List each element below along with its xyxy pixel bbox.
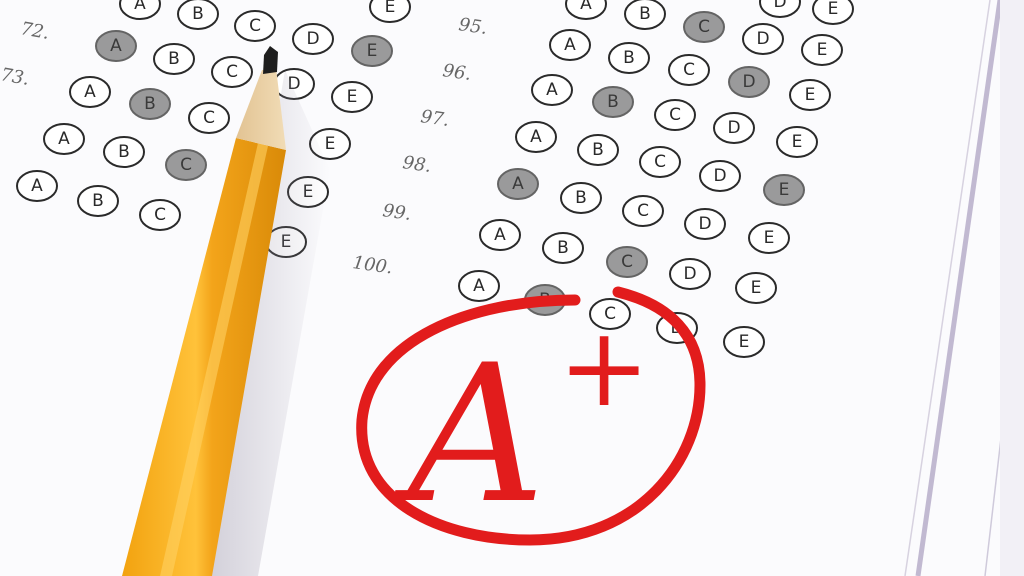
svg-text:C: C	[180, 155, 192, 175]
svg-text:A: A	[84, 82, 96, 102]
svg-text:C: C	[654, 152, 666, 172]
grade-letter: A	[393, 324, 545, 545]
question-number-95: 95.	[457, 14, 488, 39]
svg-text:D: D	[683, 264, 696, 284]
svg-text:D: D	[306, 29, 319, 49]
svg-text:B: B	[557, 238, 569, 258]
svg-text:E: E	[817, 40, 828, 60]
svg-text:B: B	[639, 4, 651, 24]
svg-text:C: C	[698, 17, 710, 37]
svg-text:C: C	[154, 205, 166, 225]
svg-text:A: A	[31, 176, 43, 196]
question-number-98: 98.	[401, 152, 432, 177]
svg-text:C: C	[637, 201, 649, 221]
svg-text:E: E	[792, 132, 803, 152]
grade-modifier: +	[558, 303, 650, 431]
svg-text:D: D	[713, 166, 726, 186]
svg-text:B: B	[144, 94, 156, 114]
svg-text:D: D	[727, 118, 740, 138]
svg-text:B: B	[607, 92, 619, 112]
svg-text:A: A	[494, 225, 506, 245]
question-number-97: 97.	[419, 106, 450, 131]
svg-text:A: A	[473, 276, 485, 296]
svg-text:C: C	[203, 108, 215, 128]
svg-text:E: E	[751, 278, 762, 298]
svg-text:D: D	[742, 72, 755, 92]
question-number-96: 96.	[441, 60, 472, 85]
svg-text:E: E	[805, 85, 816, 105]
svg-text:B: B	[92, 191, 104, 211]
svg-text:E: E	[779, 180, 790, 200]
svg-text:A: A	[580, 0, 592, 14]
svg-text:A: A	[110, 36, 122, 56]
svg-text:E: E	[367, 41, 378, 61]
question-number-99: 99.	[381, 200, 412, 225]
svg-text:B: B	[623, 48, 635, 68]
svg-text:C: C	[621, 252, 633, 272]
svg-text:A: A	[530, 127, 542, 147]
svg-text:D: D	[773, 0, 786, 12]
answer-sheet-photo: 72. 73. 95. 96. 97. 98. 99. 100. A B C E…	[0, 0, 1024, 576]
svg-text:D: D	[698, 214, 711, 234]
svg-text:A: A	[546, 80, 558, 100]
svg-text:A: A	[58, 129, 70, 149]
svg-text:B: B	[118, 142, 130, 162]
svg-text:A: A	[512, 174, 524, 194]
svg-text:C: C	[683, 60, 695, 80]
svg-text:E: E	[385, 0, 396, 17]
svg-text:E: E	[325, 134, 336, 154]
svg-text:B: B	[592, 140, 604, 160]
svg-text:C: C	[249, 16, 261, 36]
svg-text:E: E	[764, 228, 775, 248]
svg-text:D: D	[756, 29, 769, 49]
svg-text:E: E	[739, 332, 750, 352]
svg-text:B: B	[575, 188, 587, 208]
svg-text:E: E	[347, 87, 358, 107]
svg-text:E: E	[828, 0, 839, 19]
svg-text:C: C	[669, 105, 681, 125]
svg-text:B: B	[192, 4, 204, 24]
svg-text:A: A	[134, 0, 146, 14]
svg-text:B: B	[168, 49, 180, 69]
svg-text:A: A	[564, 35, 576, 55]
svg-text:C: C	[226, 62, 238, 82]
